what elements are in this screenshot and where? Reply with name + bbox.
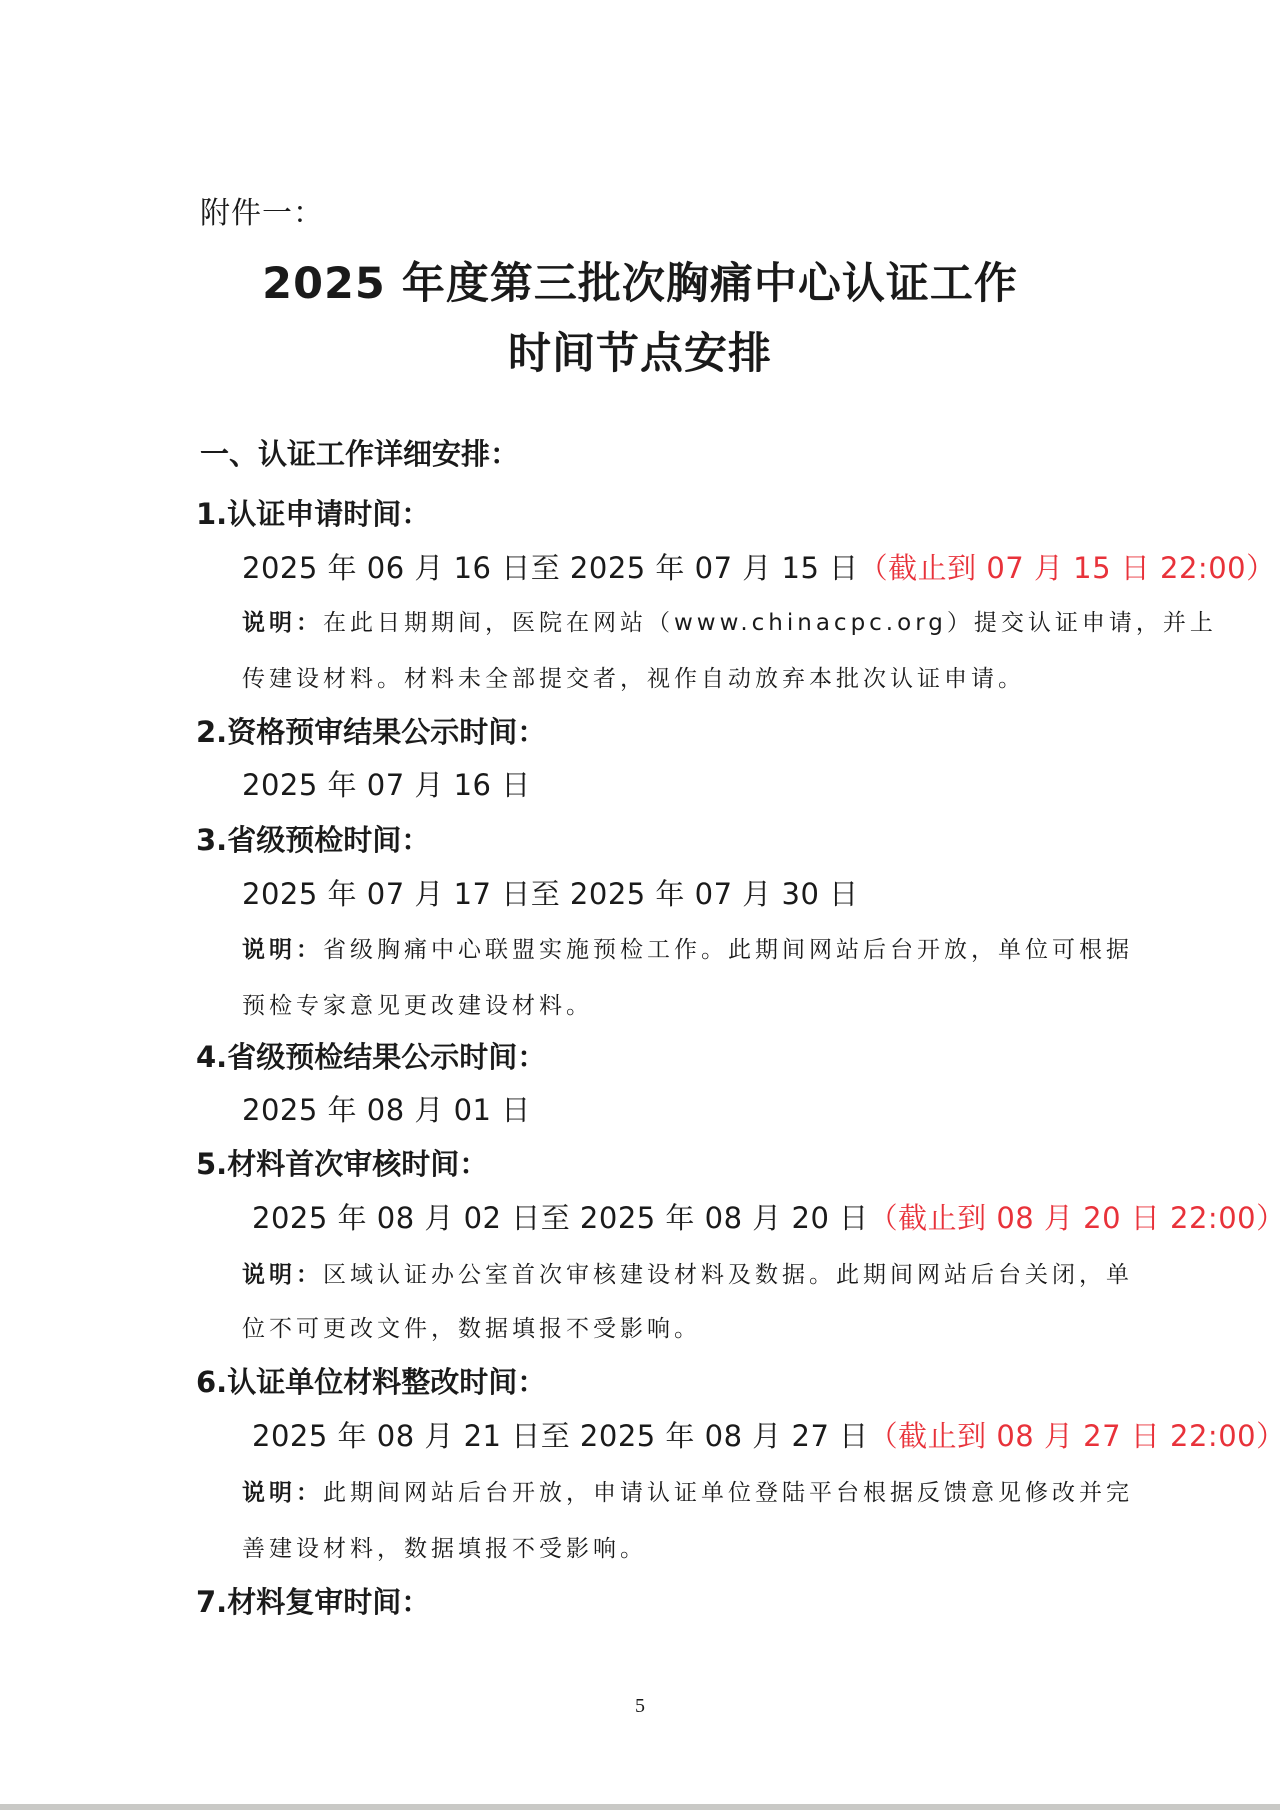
item-2-date: 2025 年 07 月 16 日 [242, 763, 531, 804]
item-5-heading: 5.材料首次审核时间： [196, 1142, 488, 1183]
note-label: 说明： [242, 610, 323, 636]
item-4-date: 2025 年 08 月 01 日 [242, 1088, 531, 1129]
item-2-heading: 2.资格预审结果公示时间： [196, 710, 546, 751]
page-title-line2: 时间节点安排 [0, 320, 1280, 381]
item-5-note-line2: 位不可更改文件，数据填报不受影响。 [242, 1310, 701, 1343]
item-5-date-range: 2025 年 08 月 02 日至 2025 年 08 月 20 日 [252, 1201, 869, 1235]
item-6-date: 2025 年 08 月 21 日至 2025 年 08 月 27 日（截止到 0… [252, 1414, 1280, 1455]
item-3-note-line2: 预检专家意见更改建设材料。 [242, 987, 593, 1020]
item-6-deadline: （截止到 08 月 27 日 22:00） [869, 1419, 1280, 1453]
item-4-heading: 4.省级预检结果公示时间： [196, 1035, 546, 1076]
attachment-label: 附件一： [200, 188, 324, 232]
item-1-heading: 1.认证申请时间： [196, 492, 430, 533]
item-1-note-line2: 传建设材料。材料未全部提交者，视作自动放弃本批次认证申请。 [242, 660, 1025, 693]
item-1-date: 2025 年 06 月 16 日至 2025 年 07 月 15 日（截止到 0… [242, 546, 1276, 587]
page-bottom-edge [0, 1804, 1280, 1810]
item-6-heading: 6.认证单位材料整改时间： [196, 1360, 546, 1401]
item-7-heading: 7.材料复审时间： [196, 1580, 430, 1621]
note-label: 说明： [242, 1262, 323, 1288]
item-3-heading: 3.省级预检时间： [196, 818, 430, 859]
item-3-date: 2025 年 07 月 17 日至 2025 年 07 月 30 日 [242, 872, 859, 913]
item-1-note-line1: 说明：在此日期期间，医院在网站（www.chinacpc.org）提交认证申请，… [242, 604, 1217, 637]
item-1-deadline: （截止到 07 月 15 日 22:00） [859, 551, 1276, 585]
item-3-note-line1: 说明：省级胸痛中心联盟实施预检工作。此期间网站后台开放，单位可根据 [242, 931, 1133, 964]
item-6-note-line2: 善建设材料，数据填报不受影响。 [242, 1530, 647, 1563]
page-number: 5 [0, 1695, 1280, 1718]
item-5-note-line1: 说明：区域认证办公室首次审核建设材料及数据。此期间网站后台关闭，单 [242, 1256, 1133, 1289]
item-6-date-range: 2025 年 08 月 21 日至 2025 年 08 月 27 日 [252, 1419, 869, 1453]
note-label: 说明： [242, 937, 323, 963]
section-heading: 一、认证工作详细安排： [200, 432, 519, 473]
page-title-line1: 2025 年度第三批次胸痛中心认证工作 [0, 250, 1280, 311]
item-1-date-range: 2025 年 06 月 16 日至 2025 年 07 月 15 日 [242, 551, 859, 585]
note-label: 说明： [242, 1480, 323, 1506]
item-6-note-line1: 说明：此期间网站后台开放，申请认证单位登陆平台根据反馈意见修改并完 [242, 1474, 1133, 1507]
item-5-date: 2025 年 08 月 02 日至 2025 年 08 月 20 日（截止到 0… [252, 1196, 1280, 1237]
item-5-deadline: （截止到 08 月 20 日 22:00） [869, 1201, 1280, 1235]
document-page: 附件一： 2025 年度第三批次胸痛中心认证工作 时间节点安排 一、认证工作详细… [0, 0, 1280, 1800]
